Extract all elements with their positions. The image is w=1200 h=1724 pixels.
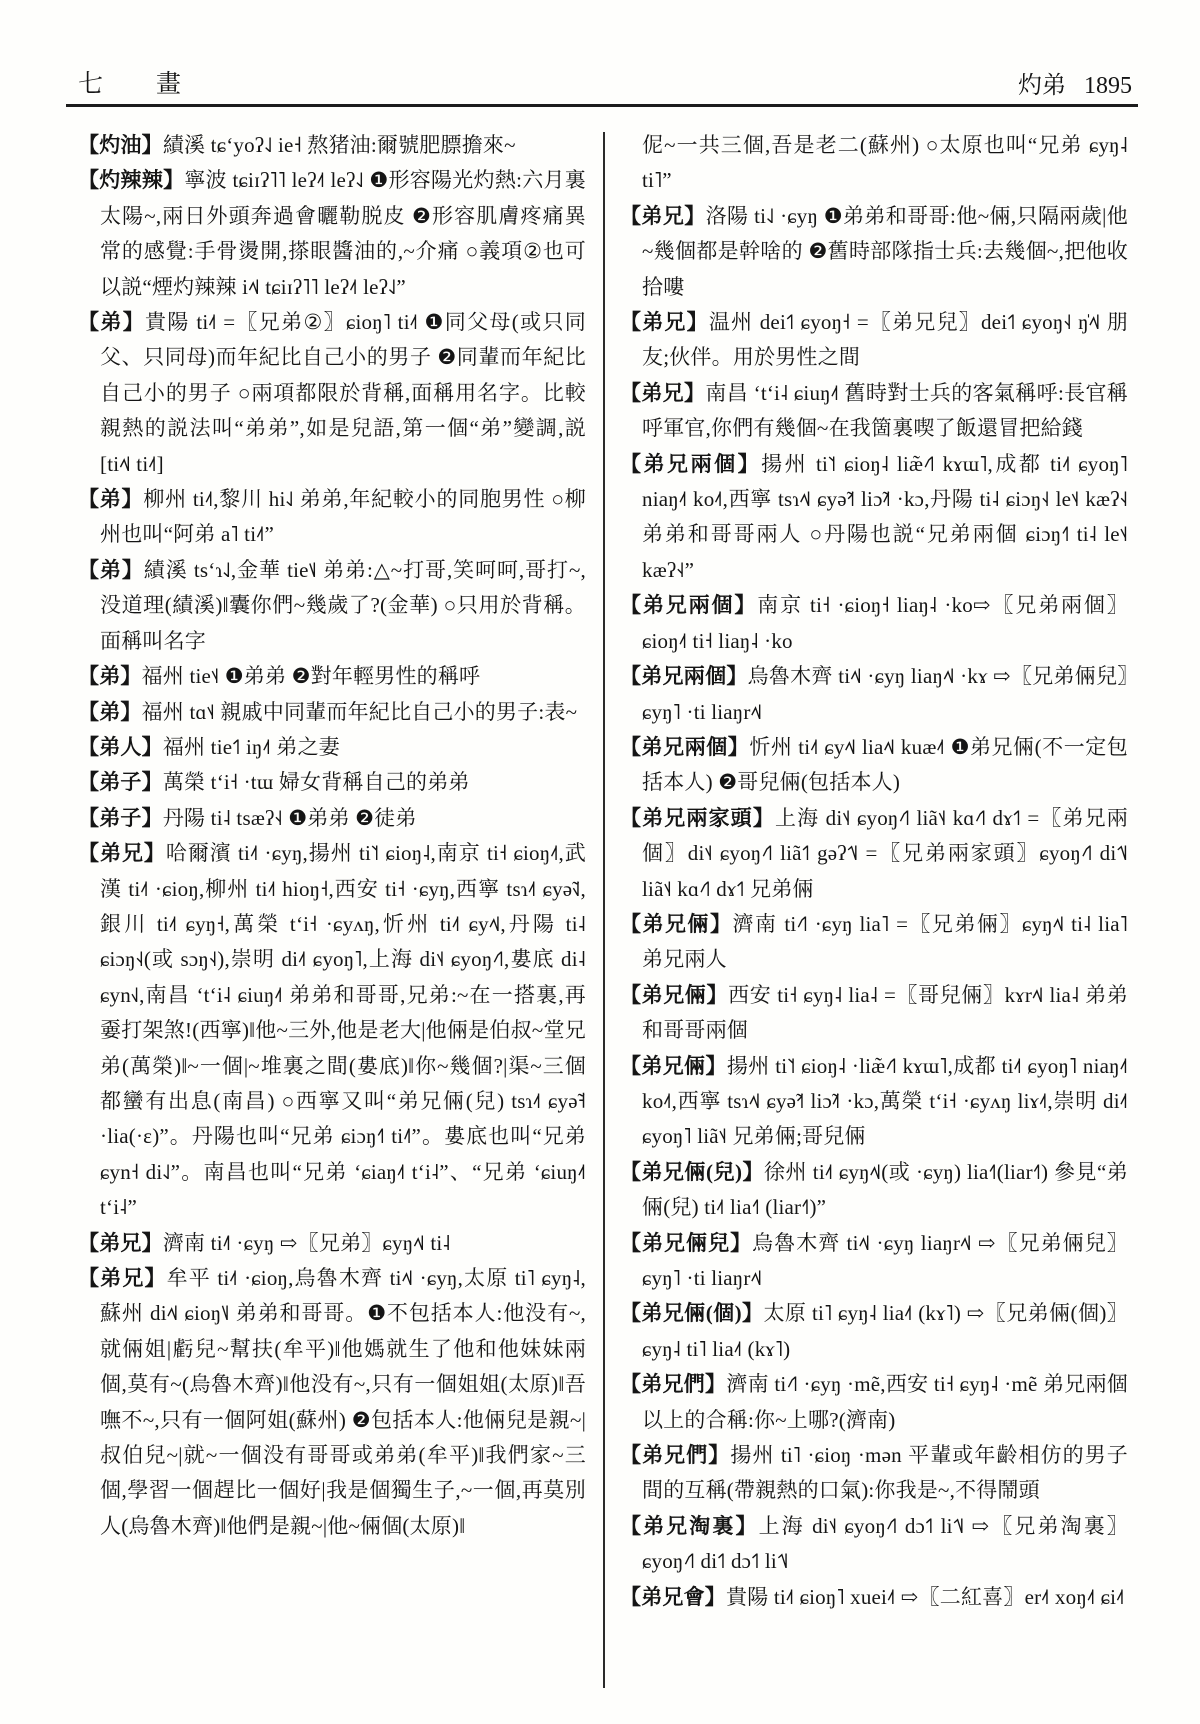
two-column-body: 【灼油】績溪 tɕʻyoʔ˨˩ ie˧ 熬猪油:爾號肥膘擔來~【灼辣辣】寧波 t… (78, 128, 1130, 1688)
entry-headword: 【弟兄】 (620, 310, 709, 334)
dict-entry: 【弟兄倆】西安 ti˧ ɕyŋ˨ lia˨ =〖哥兒倆〗kɤr˨˦˩ lia˨ … (620, 978, 1128, 1049)
dict-entry: 【弟兄兩個】揚州 ti˥˦ ɕioŋ˨ liæ̃˨˦˥ kɤɯ˥,成都 ti˨˦… (620, 447, 1128, 589)
entry-body: 洛陽 ti˨˩ ·ɕyŋ ❶弟弟和哥哥:他~倆,只隔兩歲|他~幾個都是幹啥的 ❷… (642, 204, 1128, 299)
right-column: 伲~一共三個,吾是老二(蘇州) ○太原也叫“兄弟 ɕyŋ˨ ti˥”【弟兄】洛陽… (620, 128, 1128, 1688)
entry-body: 柳州 ti˨˦,黎川 hi˨˩ 弟弟,年紀較小的同胞男性 ○柳州也叫“阿弟 a˥… (100, 487, 586, 546)
entry-body: 福州 tie˦˥ iŋ˨˦ 弟之妻 (163, 735, 340, 759)
entry-headword: 【弟兄兩家頭】 (620, 806, 775, 830)
running-head: 七 畫 灼弟 1895 (78, 64, 1132, 100)
entry-body: 哈爾濱 ti˨˦ ·ɕyŋ,揚州 ti˥˦ ɕioŋ˨,南京 ti˧ ɕioŋ˨… (100, 841, 586, 1219)
dict-entry: 【弟子】丹陽 ti˨ tsæʔ˧˨ ❶弟弟 ❷徒弟 (78, 801, 586, 836)
entry-headword: 【弟兄淘裏】 (620, 1514, 759, 1538)
entry-headword: 【弟兄】 (78, 841, 166, 865)
dict-entry: 【弟兄們】濟南 ti˨˦˥ ·ɕyŋ ·mẽ,西安 ti˧ ɕyŋ˨ ·mẽ 弟… (620, 1367, 1128, 1438)
entry-headword: 【弟人】 (78, 735, 163, 759)
dict-entry: 【弟兄淘裏】上海 di˦˨ ɕyoŋ˨˦˥ dɔ˦˥ li˦˥˩ ⇨〖兄弟淘裏〗… (620, 1509, 1128, 1580)
dict-entry: 【弟兄兩個】忻州 ti˨˦ ɕy˨˦˩ lia˨˦˩ kuæ˨˦ ❶弟兄倆(不一… (620, 730, 1128, 801)
entry-body: 績溪 tsʻɿ˨˩,金華 tie˦˩ 弟弟:△~打哥,笑呵呵,哥打~,没道理(績… (100, 558, 586, 653)
dict-entry: 【弟兄】牟平 ti˨˦ ·ɕioŋ,烏魯木齊 ti˨˦˩ ·ɕyŋ,太原 ti˥… (78, 1261, 586, 1544)
dictionary-page: 七 畫 灼弟 1895 【灼油】績溪 tɕʻyoʔ˨˩ ie˧ 熬猪油:爾號肥膘… (0, 0, 1200, 1724)
entry-headword: 【灼辣辣】 (78, 168, 184, 192)
entry-body: 濟南 ti˨˥ ·ɕyŋ ⇨〖兄弟〗ɕyŋ˨˦˩ ti˨ (163, 1231, 451, 1255)
dict-entry: 【弟兄】哈爾濱 ti˨˦ ·ɕyŋ,揚州 ti˥˦ ɕioŋ˨,南京 ti˧ ɕ… (78, 836, 586, 1225)
dict-entry: 【弟兄們】揚州 ti˥ ·ɕioŋ ·mən 平輩或年齡相仿的男子間的互稱(帶親… (620, 1438, 1128, 1509)
entry-headword: 【弟兄兩個】 (620, 735, 749, 759)
left-column: 【灼油】績溪 tɕʻyoʔ˨˩ ie˧ 熬猪油:爾號肥膘擔來~【灼辣辣】寧波 t… (78, 128, 586, 1688)
dict-entry: 【弟兄倆(兒)】徐州 ti˨˦ ɕyŋ˨˦˩(或 ·ɕyŋ) lia˧˥(lia… (620, 1155, 1128, 1226)
entry-headword: 【弟兄兩個】 (620, 452, 761, 476)
dict-entry: 【灼辣辣】寧波 tɕiɪʔ˥˥ leʔ˨˦ leʔ˨˩ ❶形容陽光灼熱:六月裏太… (78, 163, 586, 305)
dict-entry: 【弟兄兩家頭】上海 di˦˨ ɕyoŋ˨˦˥ liã˦˨ kɑ˨˦˥ dɤ˦˥ … (620, 801, 1128, 907)
entry-headword: 【弟】 (78, 664, 142, 688)
dict-entry: 【弟兄倆兒】烏魯木齊 ti˨˦˩ ·ɕyŋ liaŋr˨˦˩ ⇨〖兄弟倆兒〗ɕy… (620, 1226, 1128, 1297)
entry-headword: 【弟兄倆(兒)】 (620, 1160, 764, 1184)
entry-body: 伲~一共三個,吾是老二(蘇州) ○太原也叫“兄弟 ɕyŋ˨ ti˥” (642, 133, 1128, 192)
entry-body: 績溪 tɕʻyoʔ˨˩ ie˧ 熬猪油:爾號肥膘擔來~ (163, 133, 516, 157)
section-title: 七 畫 (78, 64, 195, 100)
entry-body: 温州 dei˦˥ ɕyoŋ˧ =〖弟兄兒〗dei˦˥ ɕyoŋ˧˨ ŋ̍˨˦˩ … (642, 310, 1128, 369)
entry-continuation: 伲~一共三個,吾是老二(蘇州) ○太原也叫“兄弟 ɕyŋ˨ ti˥” (620, 128, 1128, 199)
entry-headword: 【弟兄倆】 (620, 983, 728, 1007)
entry-headword: 【弟】 (78, 700, 142, 724)
page-number: 1895 (1084, 73, 1132, 100)
dict-entry: 【弟兄】濟南 ti˨˥ ·ɕyŋ ⇨〖兄弟〗ɕyŋ˨˦˩ ti˨ (78, 1226, 586, 1261)
dict-entry: 【弟兄倆】濟南 ti˨˦˥ ·ɕyŋ lia˥ =〖兄弟倆〗ɕyŋ˨˦˩ ti˨… (620, 907, 1128, 978)
dict-entry: 【弟】績溪 tsʻɿ˨˩,金華 tie˦˩ 弟弟:△~打哥,笑呵呵,哥打~,没道… (78, 553, 586, 659)
entry-body: 貴陽 ti˨˦ =〖兄弟②〗ɕioŋ˥ ti˨˦ ❶同父母(或只同父、只同母)而… (100, 310, 586, 476)
dict-entry: 【弟兄】南昌 ʻtʻi˨ ɕiuŋ˨˦ 舊時對士兵的客氣稱呼:長官稱呼軍官,你們… (620, 376, 1128, 447)
entry-headword: 【弟兄】 (620, 204, 706, 228)
dict-entry: 【弟人】福州 tie˦˥ iŋ˨˦ 弟之妻 (78, 730, 586, 765)
dict-entry: 【弟兄兩個】烏魯木齊 ti˨˦˩ ·ɕyŋ liaŋ˨˦˩ ·kɤ ⇨〖兄弟倆兒… (620, 659, 1128, 730)
entry-body: 牟平 ti˨˦ ·ɕioŋ,烏魯木齊 ti˨˦˩ ·ɕyŋ,太原 ti˥ ɕyŋ… (100, 1266, 586, 1538)
dict-entry: 【弟兄倆】揚州 ti˥˦ ɕioŋ˨ ·liæ̃˨˦˥ kɤɯ˥,成都 ti˨˦… (620, 1049, 1128, 1155)
dict-entry: 【弟子】萬榮 tʻi˧ ·tɯ 婦女背稱自己的弟弟 (78, 765, 586, 800)
guide-block: 灼弟 1895 (1018, 65, 1132, 100)
guide-word: 灼弟 (1018, 65, 1066, 100)
entry-headword: 【弟兄們】 (620, 1372, 726, 1396)
entry-headword: 【弟兄會】 (620, 1585, 726, 1609)
entry-headword: 【弟兄倆】 (620, 912, 733, 936)
dict-entry: 【弟】貴陽 ti˨˦ =〖兄弟②〗ɕioŋ˥ ti˨˦ ❶同父母(或只同父、只同… (78, 305, 586, 482)
dict-entry: 【灼油】績溪 tɕʻyoʔ˨˩ ie˧ 熬猪油:爾號肥膘擔來~ (78, 128, 586, 163)
entry-headword: 【弟子】 (78, 770, 163, 794)
entry-headword: 【弟子】 (78, 806, 163, 830)
entry-body: 貴陽 ti˨˦ ɕioŋ˥ xuei˨˦ ⇨〖二紅喜〗er˨˦ xoŋ˨˦ ɕi… (726, 1585, 1124, 1609)
entry-body: 萬榮 tʻi˧ ·tɯ 婦女背稱自己的弟弟 (163, 770, 470, 794)
entry-headword: 【弟兄】 (620, 381, 705, 405)
entry-headword: 【弟兄兩個】 (620, 593, 757, 617)
dict-entry: 【弟兄會】貴陽 ti˨˦ ɕioŋ˥ xuei˨˦ ⇨〖二紅喜〗er˨˦ xoŋ… (620, 1580, 1128, 1615)
dict-entry: 【弟兄兩個】南京 ti˧ ·ɕioŋ˧ liaŋ˨ ·ko⇨〖兄弟兩個〗ɕioŋ… (620, 588, 1128, 659)
entry-headword: 【弟】 (78, 487, 143, 511)
entry-headword: 【弟兄】 (78, 1266, 167, 1290)
entry-body: 福州 tie˦˨ ❶弟弟 ❷對年輕男性的稱呼 (142, 664, 481, 688)
entry-headword: 【弟兄】 (78, 1231, 163, 1255)
entry-headword: 【弟兄倆(個)】 (620, 1301, 763, 1325)
entry-body: 丹陽 ti˨ tsæʔ˧˨ ❶弟弟 ❷徒弟 (163, 806, 417, 830)
dict-entry: 【弟兄倆(個)】太原 ti˥ ɕyŋ˨ lia˨˦ (kɤ˥) ⇨〖兄弟倆(個)… (620, 1296, 1128, 1367)
entry-headword: 【弟兄們】 (620, 1443, 730, 1467)
entry-body: 福州 tɑ˦˨ 親戚中同輩而年紀比自己小的男子:表~ (142, 700, 578, 724)
dict-entry: 【弟兄】温州 dei˦˥ ɕyoŋ˧ =〖弟兄兒〗dei˦˥ ɕyoŋ˧˨ ŋ̍… (620, 305, 1128, 376)
entry-headword: 【弟兄倆】 (620, 1054, 727, 1078)
dict-entry: 【弟】福州 tie˦˨ ❶弟弟 ❷對年輕男性的稱呼 (78, 659, 586, 694)
entry-headword: 【弟兄兩個】 (620, 664, 748, 688)
entry-body: 南昌 ʻtʻi˨ ɕiuŋ˨˦ 舊時對士兵的客氣稱呼:長官稱呼軍官,你們有幾個~… (642, 381, 1128, 440)
entry-headword: 【灼油】 (78, 133, 163, 157)
dict-entry: 【弟兄】洛陽 ti˨˩ ·ɕyŋ ❶弟弟和哥哥:他~倆,只隔兩歲|他~幾個都是幹… (620, 199, 1128, 305)
dict-entry: 【弟】福州 tɑ˦˨ 親戚中同輩而年紀比自己小的男子:表~ (78, 695, 586, 730)
entry-headword: 【弟】 (78, 558, 144, 582)
dict-entry: 【弟】柳州 ti˨˦,黎川 hi˨˩ 弟弟,年紀較小的同胞男性 ○柳州也叫“阿弟… (78, 482, 586, 553)
entry-headword: 【弟兄倆兒】 (620, 1231, 752, 1255)
entry-headword: 【弟】 (78, 310, 145, 334)
column-divider (603, 132, 605, 1688)
header-rule (66, 104, 1138, 107)
